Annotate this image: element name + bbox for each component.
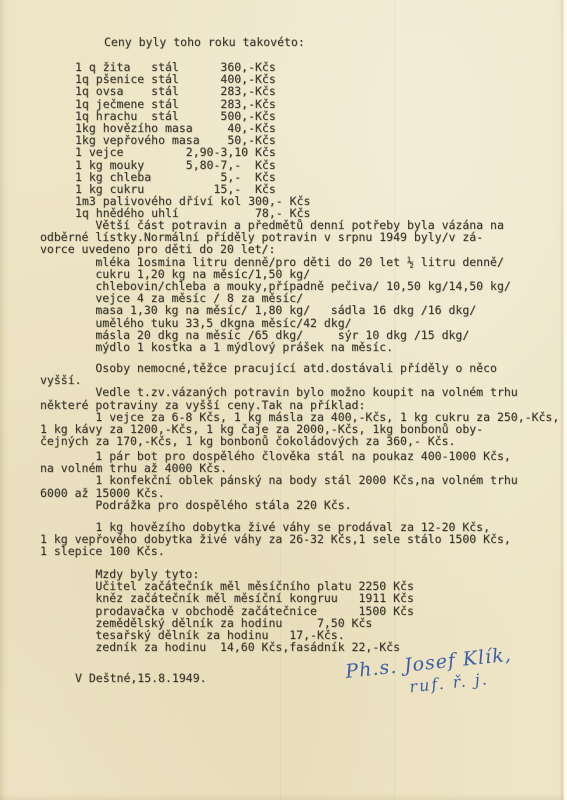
paragraph-livestock-prices: 1 kg hovězího dobytka živé váhy se prodá… [40,521,511,558]
paragraph-free-market-prices: Osoby nemocné,těžce pracující atd.dostáv… [40,362,559,447]
paragraph-rations: Větší část potravin a předmětů denní pot… [40,219,511,353]
document-heading: Ceny byly toho roku takovéto: [104,36,305,48]
paragraph-wages: Mzdy byly tyto: Učitel začátečník měl mě… [40,568,414,653]
document-page: Ceny byly toho roku takovéto: 1 q žita s… [0,0,567,800]
price-list-table: 1 q žita stál 360,-Kčs 1q pšenice stál 4… [75,61,310,220]
paragraph-clothing-prices: 1 pár bot pro dospělého člověka stál na … [40,450,518,511]
dateline: V Deštné,15.8.1949. [75,672,207,684]
